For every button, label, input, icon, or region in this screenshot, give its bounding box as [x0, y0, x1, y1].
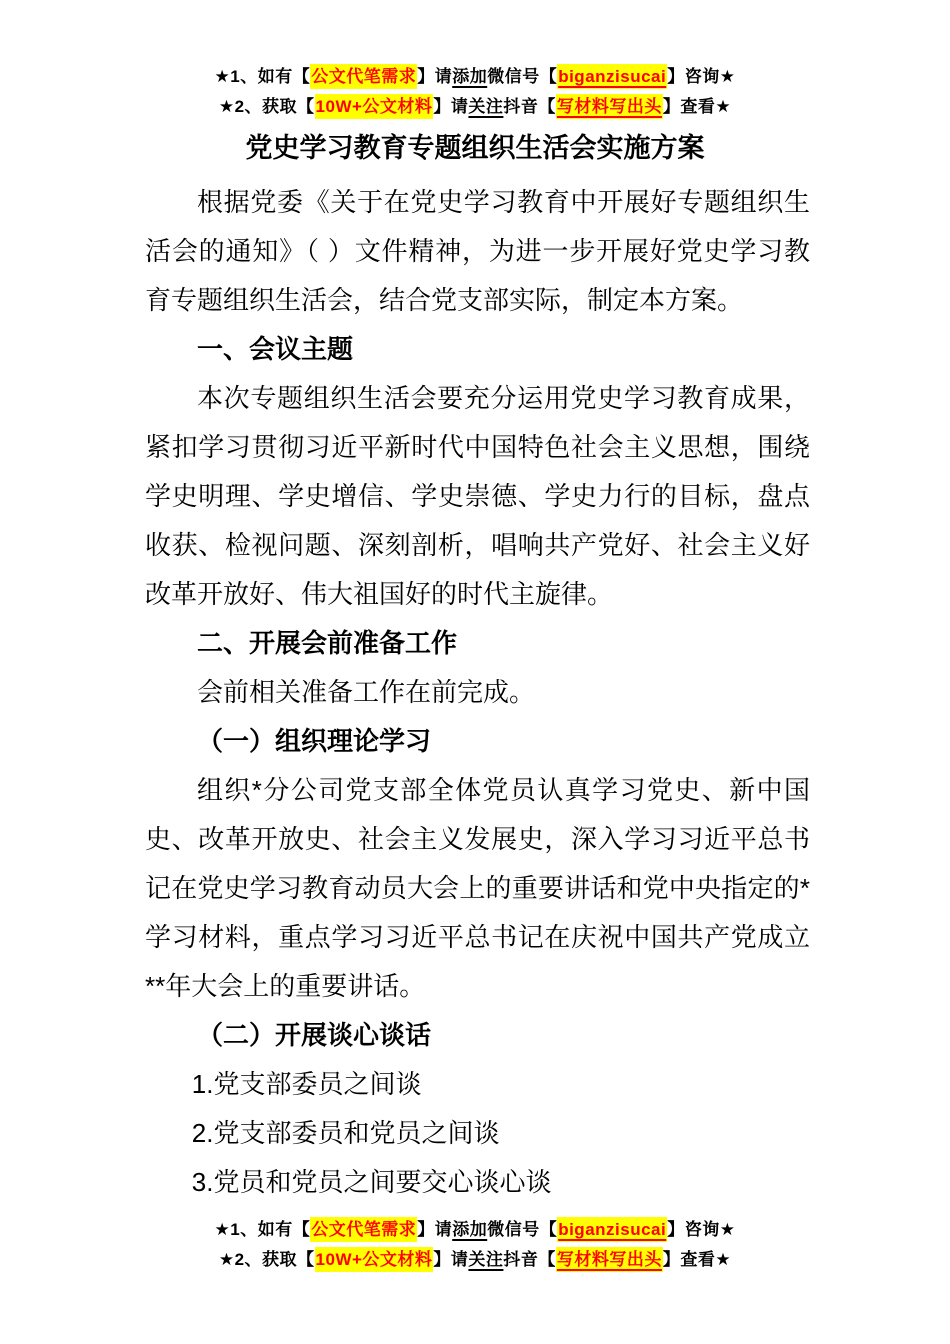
promo-text: 】请: [433, 1250, 468, 1269]
subsection-heading: （一）组织理论学习: [145, 717, 810, 766]
promo-text: 关注: [468, 1250, 503, 1269]
highlighted-text: 写材料写出头: [556, 94, 663, 119]
document-page: ★1、如有【公文代笔需求】请添加微信号【biganzisucai】咨询★★2、获…: [0, 0, 950, 1344]
promo-text: ★1、如有【: [215, 1220, 311, 1239]
promo-text: 】查看★: [663, 1250, 731, 1269]
paragraph: 根据党委《关于在党史学习教育中开展好专题组织生活会的通知》（ ）文件精神，为进一…: [145, 178, 810, 325]
document-title: 党史学习教育专题组织生活会实施方案: [0, 124, 950, 172]
highlighted-text: 写材料写出头: [556, 1247, 663, 1272]
promo-text: 微信号【: [487, 67, 557, 86]
promo-text: ★1、如有【: [215, 67, 311, 86]
section-heading: 一、会议主题: [145, 325, 810, 374]
subsection-heading: （二）开展谈心谈话: [145, 1011, 810, 1060]
section-heading: 二、开展会前准备工作: [145, 619, 810, 668]
list-item: 3.党员和党员之间要交心谈心谈: [145, 1158, 810, 1207]
promo-line: ★2、获取【10W+公文材料】请关注抖音【写材料写出头】查看★: [0, 92, 950, 122]
promo-text: 抖音【: [503, 97, 556, 116]
promo-line: ★2、获取【10W+公文材料】请关注抖音【写材料写出头】查看★: [0, 1245, 950, 1275]
promo-text: 】请: [417, 67, 452, 86]
promo-text: ★2、获取【: [219, 1250, 315, 1269]
promo-footer: ★1、如有【公文代笔需求】请添加微信号【biganzisucai】咨询★★2、获…: [0, 1207, 950, 1275]
paragraph: 本次专题组织生活会要充分运用党史学习教育成果，紧扣学习贯彻习近平新时代中国特色社…: [145, 374, 810, 619]
highlighted-text: 公文代笔需求: [310, 1217, 417, 1242]
highlighted-text: biganzisucai: [557, 1217, 667, 1242]
document-body: 根据党委《关于在党史学习教育中开展好专题组织生活会的通知》（ ）文件精神，为进一…: [0, 172, 950, 1207]
promo-text: 添加: [452, 67, 487, 86]
promo-text: ★2、获取【: [219, 97, 315, 116]
list-item: 1.党支部委员之间谈: [145, 1060, 810, 1109]
promo-text: 】请: [417, 1220, 452, 1239]
promo-line: ★1、如有【公文代笔需求】请添加微信号【biganzisucai】咨询★: [0, 62, 950, 92]
promo-text: 关注: [468, 97, 503, 116]
promo-text: 抖音【: [503, 1250, 556, 1269]
highlighted-text: 10W+公文材料: [315, 94, 434, 119]
highlighted-text: 公文代笔需求: [310, 64, 417, 89]
promo-text: 】咨询★: [667, 1220, 735, 1239]
promo-text: 微信号【: [487, 1220, 557, 1239]
highlighted-text: 10W+公文材料: [315, 1247, 434, 1272]
list-item: 2.党支部委员和党员之间谈: [145, 1109, 810, 1158]
promo-header: ★1、如有【公文代笔需求】请添加微信号【biganzisucai】咨询★★2、获…: [0, 0, 950, 122]
highlighted-text: biganzisucai: [557, 64, 667, 89]
promo-text: 】请: [433, 97, 468, 116]
promo-text: 】咨询★: [667, 67, 735, 86]
promo-text: 】查看★: [663, 97, 731, 116]
paragraph: 组织*分公司党支部全体党员认真学习党史、新中国史、改革开放史、社会主义发展史，深…: [145, 766, 810, 1011]
promo-text: 添加: [452, 1220, 487, 1239]
paragraph: 会前相关准备工作在前完成。: [145, 668, 810, 717]
promo-line: ★1、如有【公文代笔需求】请添加微信号【biganzisucai】咨询★: [0, 1215, 950, 1245]
